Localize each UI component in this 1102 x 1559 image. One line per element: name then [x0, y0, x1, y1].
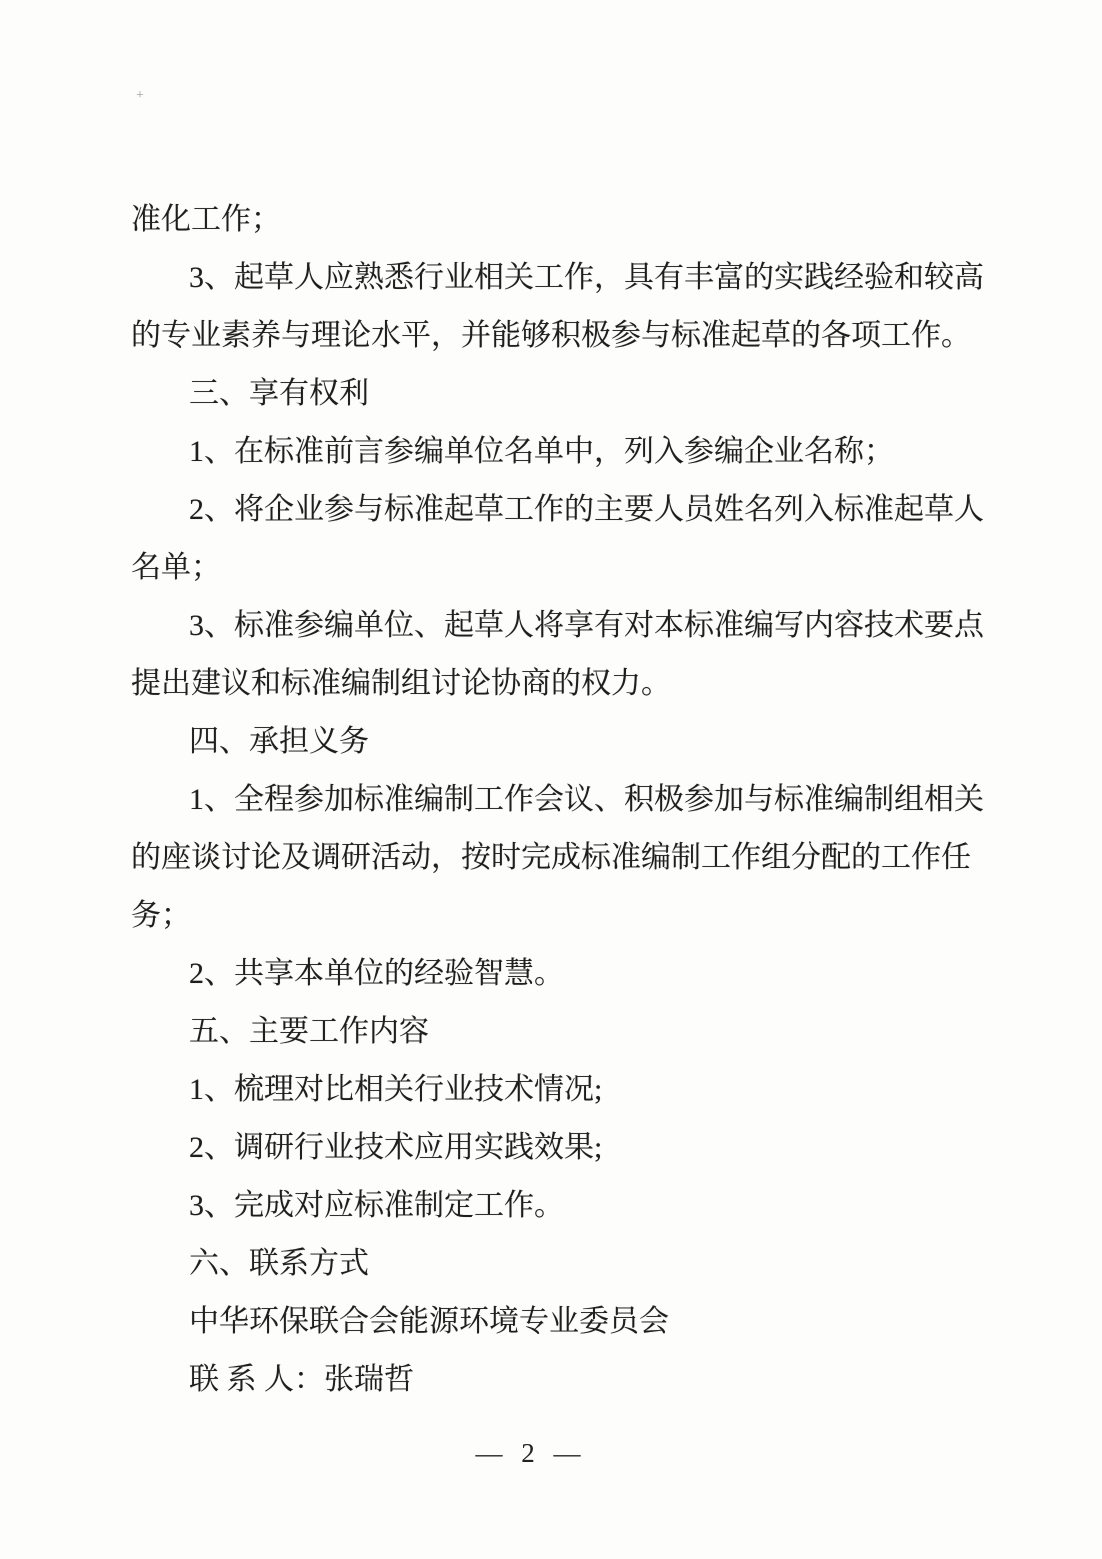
page-number: — 2 —: [0, 1438, 1062, 1469]
text-line: 2、调研行业技术应用实践效果;: [131, 1119, 971, 1177]
text-line: 联 系 人：张瑞哲: [131, 1351, 971, 1409]
text-line: 五、主要工作内容: [131, 1003, 971, 1061]
text-line: 的专业素养与理论水平，并能够积极参与标准起草的各项工作。: [131, 307, 971, 365]
text-line: 提出建议和标准编制组讨论协商的权力。: [131, 655, 971, 713]
text-line: 3、标准参编单位、起草人将享有对本标准编写内容技术要点: [131, 597, 971, 655]
text-line: 的座谈讨论及调研活动，按时完成标准编制工作组分配的工作任: [131, 829, 971, 887]
text-line: 准化工作；: [131, 191, 971, 249]
text-line: 六、联系方式: [131, 1235, 971, 1293]
text-line: 3、完成对应标准制定工作。: [131, 1177, 971, 1235]
text-line: 2、将企业参与标准起草工作的主要人员姓名列入标准起草人: [131, 481, 971, 539]
document-page: + 准化工作；3、起草人应熟悉行业相关工作，具有丰富的实践经验和较高的专业素养与…: [0, 0, 1102, 1559]
text-line: 1、梳理对比相关行业技术情况;: [131, 1061, 971, 1119]
text-line: 1、在标准前言参编单位名单中，列入参编企业名称；: [131, 423, 971, 481]
text-line: 1、全程参加标准编制工作会议、积极参加与标准编制组相关: [131, 771, 971, 829]
text-line: 务；: [131, 887, 971, 945]
text-line: 三、享有权利: [131, 365, 971, 423]
text-line: 中华环保联合会能源环境专业委员会: [131, 1293, 971, 1351]
scan-artifact-speck: +: [136, 88, 144, 104]
text-line: 3、起草人应熟悉行业相关工作，具有丰富的实践经验和较高: [131, 249, 971, 307]
text-line: 2、共享本单位的经验智慧。: [131, 945, 971, 1003]
text-line: 四、承担义务: [131, 713, 971, 771]
text-line: 名单；: [131, 539, 971, 597]
document-body: 准化工作；3、起草人应熟悉行业相关工作，具有丰富的实践经验和较高的专业素养与理论…: [131, 191, 971, 1409]
